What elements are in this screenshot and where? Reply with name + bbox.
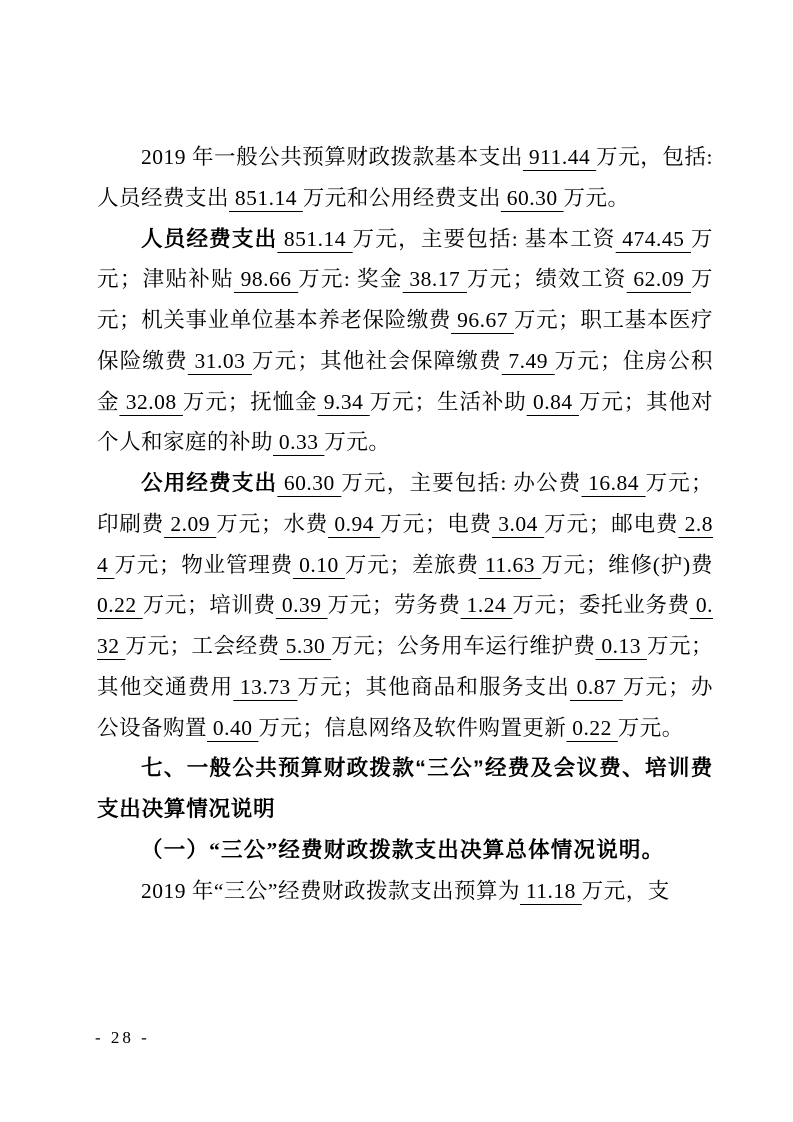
text-segment: （一）“三公”经费财政拨款支出决算总体情况说明。 [141, 838, 664, 862]
text-segment: 万元，支 [582, 879, 670, 903]
underlined-value: 38.17 [403, 267, 467, 291]
text-segment: 万元。 [564, 186, 630, 210]
underlined-value: 11.18 [520, 879, 582, 903]
underlined-value: 31.03 [188, 349, 252, 373]
underlined-value: 474.45 [616, 227, 691, 251]
underlined-value: 0.87 [570, 675, 623, 699]
text-segment: 万元；培训费 [143, 593, 276, 617]
text-segment: 万元。 [324, 430, 390, 454]
underlined-value: 1.24 [461, 593, 513, 617]
underlined-value: 2.09 [164, 512, 216, 536]
underlined-value: 13.73 [233, 675, 297, 699]
document-content: 2019 年一般公共预算财政拨款基本支出 911.44 万元，包括: 人员经费支… [97, 137, 713, 911]
underlined-value: 0.40 [207, 716, 258, 740]
underlined-value: 11.63 [479, 553, 541, 577]
underlined-value: 16.84 [582, 471, 646, 495]
underlined-value: 0.22 [97, 593, 143, 617]
heading-section-seven: 七、一般公共预算财政拨款“三公”经费及会议费、培训费支出决算情况说明 [97, 748, 713, 830]
para-personnel-expenditure: 人员经费支出 851.14 万元，主要包括: 基本工资 474.45 万元；津贴… [97, 219, 713, 464]
text-segment: 万元；抚恤金 [183, 390, 318, 414]
text-segment: 万元: 奖金 [298, 267, 402, 291]
text-segment: 2019 年一般公共预算财政拨款基本支出 [141, 145, 523, 169]
underlined-value: 9.34 [317, 390, 369, 414]
text-segment: 万元；委托业务费 [512, 593, 689, 617]
underlined-value: 0.94 [328, 512, 380, 536]
text-segment: 万元；绩效工资 [467, 267, 627, 291]
underlined-value: 0.84 [527, 390, 579, 414]
text-segment: 万元；信息网络及软件购置更新 [258, 716, 566, 740]
document-page: 2019 年一般公共预算财政拨款基本支出 911.44 万元，包括: 人员经费支… [0, 0, 793, 1122]
text-segment: 2019 年“三公”经费财政拨款支出预算为 [141, 879, 520, 903]
text-segment: 万元；水费 [216, 512, 328, 536]
text-segment: 公用经费支出 [141, 471, 277, 495]
para-public-funds-expenditure: 公用经费支出 60.30 万元，主要包括: 办公费 16.84 万元；印刷费 2… [97, 463, 713, 748]
underlined-value: 851.14 [229, 186, 303, 210]
page-number: - 28 - [95, 1028, 150, 1048]
text-segment: 人员经费支出 [141, 227, 277, 251]
underlined-value: 0.22 [566, 716, 617, 740]
para-sangong-budget: 2019 年“三公”经费财政拨款支出预算为 11.18 万元，支 [97, 871, 713, 912]
text-segment: 万元；公务用车运行维护费 [331, 634, 595, 658]
text-segment: 万元，主要包括: 办公费 [341, 471, 581, 495]
underlined-value: 32.08 [119, 390, 182, 414]
underlined-value: 851.14 [277, 227, 352, 251]
text-segment: 万元和公用经费支出 [303, 186, 501, 210]
text-segment: 万元；生活补助 [370, 390, 527, 414]
underlined-value: 60.30 [501, 186, 564, 210]
underlined-value: 0.13 [596, 634, 647, 658]
para-basic-expenditure-total: 2019 年一般公共预算财政拨款基本支出 911.44 万元，包括: 人员经费支… [97, 137, 713, 219]
underlined-value: 0.10 [293, 553, 345, 577]
underlined-value: 5.30 [280, 634, 331, 658]
text-segment: 万元；维修(护)费 [541, 553, 713, 577]
underlined-value: 98.66 [234, 267, 298, 291]
underlined-value: 62.09 [627, 267, 691, 291]
heading-subsection-one: （一）“三公”经费财政拨款支出决算总体情况说明。 [97, 830, 713, 871]
text-segment: 七、一般公共预算财政拨款“三公”经费及会议费、培训费支出决算情况说明 [97, 756, 713, 821]
text-segment: 万元；其他商品和服务支出 [297, 675, 570, 699]
underlined-value: 3.04 [492, 512, 544, 536]
text-segment: 万元，主要包括: 基本工资 [353, 227, 616, 251]
underlined-value: 60.30 [277, 471, 341, 495]
text-segment: 万元；邮电费 [544, 512, 678, 536]
text-segment: 万元；电费 [380, 512, 492, 536]
text-segment: 万元；工会经费 [125, 634, 279, 658]
underlined-value: 7.49 [502, 349, 555, 373]
text-segment: 万元；物业管理费 [114, 553, 292, 577]
text-segment: 万元；其他社会保障缴费 [252, 349, 502, 373]
underlined-value: 96.67 [451, 308, 514, 332]
underlined-value: 0.39 [276, 593, 328, 617]
text-segment: 万元；差旅费 [345, 553, 479, 577]
underlined-value: 911.44 [523, 145, 596, 169]
underlined-value: 0.33 [273, 430, 324, 454]
text-segment: 万元。 [618, 716, 684, 740]
text-segment: 万元；劳务费 [328, 593, 461, 617]
